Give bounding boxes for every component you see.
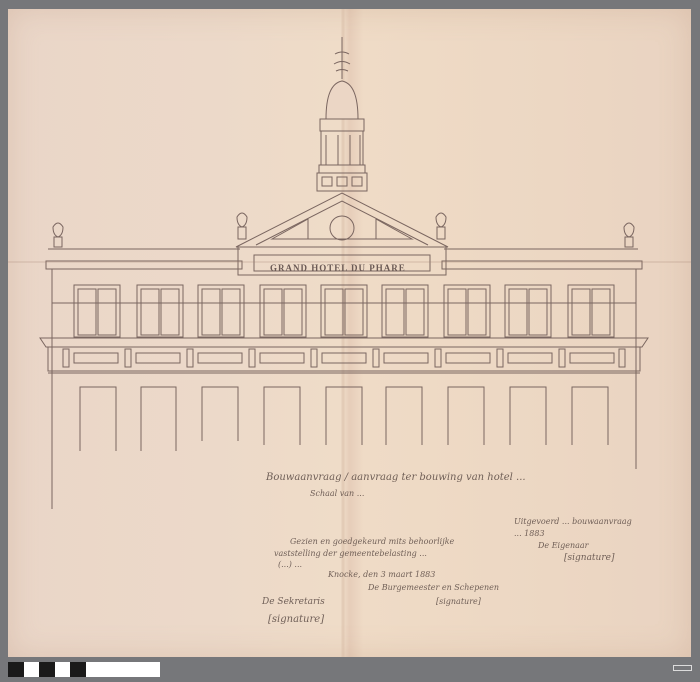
mayor-signature: [signature] <box>436 597 481 606</box>
scale-segment <box>55 662 70 677</box>
archive-mark-icon <box>673 665 692 671</box>
urn-icon <box>624 223 634 247</box>
scale-segment <box>39 662 55 677</box>
secretary-signature: [signature] <box>268 614 324 625</box>
approval-authority: De Burgemeester en Schepenen <box>368 583 499 592</box>
owner-label: De Eigenaar <box>538 541 588 550</box>
approval-line-1: Gezien en goedgekeurd mits behoorlijke <box>290 537 454 546</box>
scale-segment <box>86 662 160 677</box>
approval-line-3: (...) ... <box>278 560 302 569</box>
owner-signature: [signature] <box>564 553 614 563</box>
scale-segment <box>8 662 24 677</box>
scale-note-line2: Schaal van ... <box>310 489 364 498</box>
finial-icon <box>334 37 350 79</box>
approval-line-2: vaststelling der gemeentebelasting ... <box>274 549 427 558</box>
urn-icon <box>53 223 63 247</box>
drawing-sheet: GRAND HOTEL DU PHARE Bouwaanvraag / aanv… <box>8 9 691 657</box>
right-note-line2: ... 1883 <box>514 529 545 538</box>
urn-icon <box>237 213 247 239</box>
secretary-label: De Sekretaris <box>262 597 325 607</box>
building-sign: GRAND HOTEL DU PHARE <box>270 263 406 273</box>
scale-note-line1: Bouwaanvraag / aanvraag ter bouwing van … <box>266 472 526 483</box>
color-scale-bar <box>8 662 160 677</box>
right-note-line1: Uitgevoerd ... bouwaanvraag <box>514 517 632 526</box>
scale-segment <box>70 662 86 677</box>
scale-segment <box>24 662 39 677</box>
urn-icon <box>436 213 446 239</box>
approval-date: Knocke, den 3 maart 1883 <box>328 570 435 579</box>
